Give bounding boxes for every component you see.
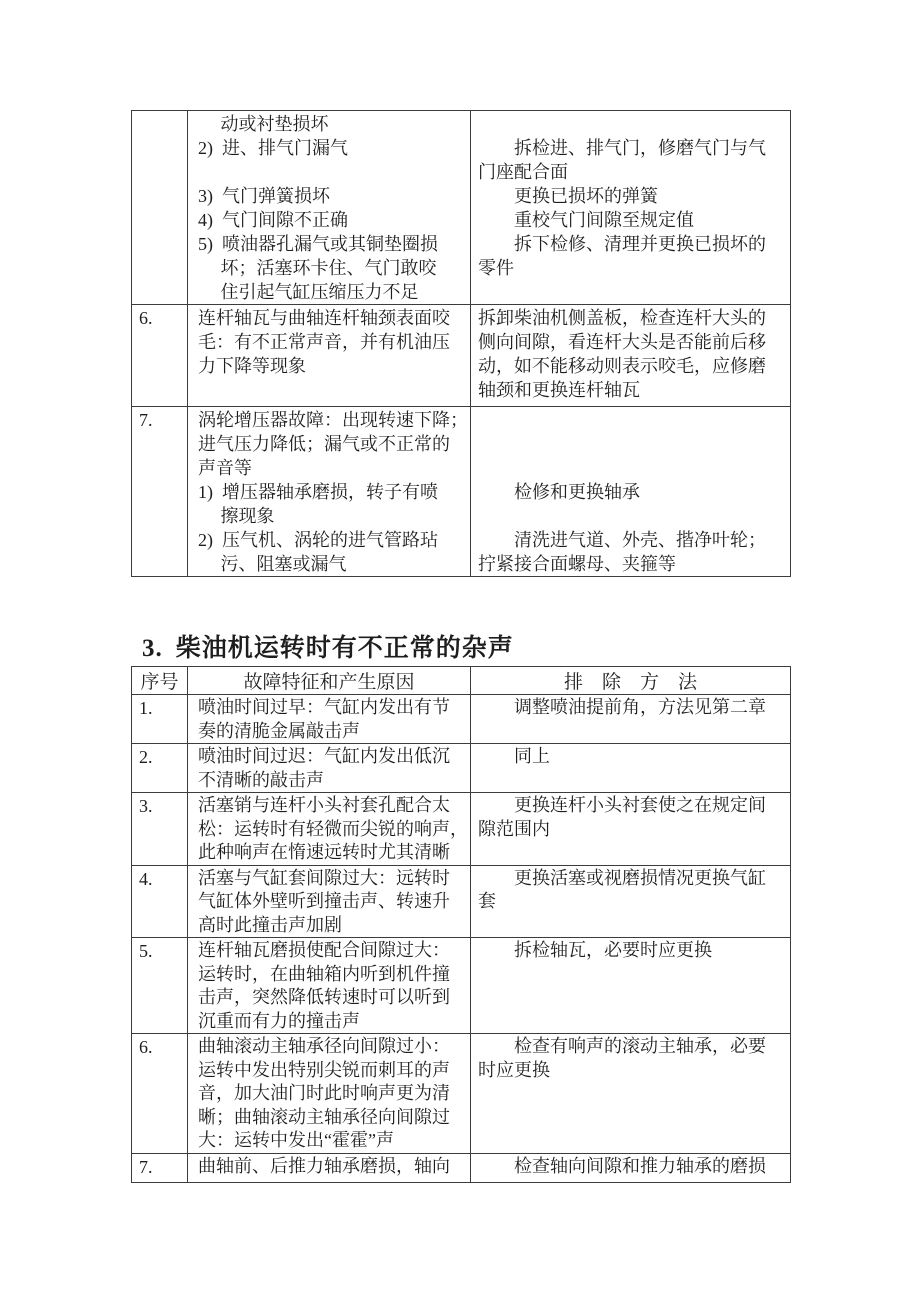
table-row: 6. 曲轴滚动主轴承径向间隙过小： 运转中发出特别尖锐而刺耳的声 音，加大油门时… bbox=[132, 1034, 791, 1154]
seq-cell: 7. bbox=[132, 1153, 188, 1182]
section-title: 柴油机运转时有不正常的杂声 bbox=[176, 635, 514, 662]
table-row: 7. 曲轴前、后推力轴承磨损，轴向 检查轴向间隙和推力轴承的磨损 bbox=[132, 1153, 791, 1182]
seq-cell: 1. bbox=[132, 695, 188, 744]
seq-cell bbox=[132, 111, 188, 305]
fault-desc-cell: 喷油时间过迟：气缸内发出低沉 不清晰的敲击声 bbox=[188, 744, 471, 793]
table-row: 动或衬垫损坏 2) 进、排气门漏气 3) 气门弹簧损坏 4) 气门间隙不正确 5… bbox=[132, 111, 791, 305]
fault-desc-cell: 曲轴滚动主轴承径向间隙过小： 运转中发出特别尖锐而刺耳的声 音，加大油门时此时响… bbox=[188, 1034, 471, 1154]
table-header-row: 序号 故障特征和产生原因 排 除 方 法 bbox=[132, 667, 791, 695]
fault-table-section3: 序号 故障特征和产生原因 排 除 方 法 1. 喷油时间过早：气缸内发出有节 奏… bbox=[131, 666, 791, 1183]
remedy-cell: 检查轴向间隙和推力轴承的磨损 bbox=[471, 1153, 791, 1182]
fault-desc-cell: 喷油时间过早：气缸内发出有节 奏的清脆金属敲击声 bbox=[188, 695, 471, 744]
table-row: 4. 活塞与气缸套间隙过大：远转时 气缸体外壁听到撞击声、转速升 高时此撞击声加… bbox=[132, 865, 791, 938]
fault-desc-cell: 活塞销与连杆小头衬套孔配合太 松：运转时有轻微而尖锐的响声， 此种响声在惰速远转… bbox=[188, 793, 471, 866]
seq-cell: 6. bbox=[132, 305, 188, 407]
fault-desc-cell: 动或衬垫损坏 2) 进、排气门漏气 3) 气门弹簧损坏 4) 气门间隙不正确 5… bbox=[188, 111, 471, 305]
seq-cell: 5. bbox=[132, 938, 188, 1034]
fault-desc-cell: 连杆轴瓦磨损使配合间隙过大： 运转时，在曲轴箱内听到机件撞 击声，突然降低转速时… bbox=[188, 938, 471, 1034]
fault-desc-cell: 活塞与气缸套间隙过大：远转时 气缸体外壁听到撞击声、转速升 高时此撞击声加剧 bbox=[188, 865, 471, 938]
remedy-cell: 拆卸柴油机侧盖板，检查连杆大头的 侧向间隙，看连杆大头是否能前后移 动，如不能移… bbox=[471, 305, 791, 407]
fault-desc-cell: 曲轴前、后推力轴承磨损，轴向 bbox=[188, 1153, 471, 1182]
remedy-header: 排 除 方 法 bbox=[471, 667, 791, 695]
seq-cell: 2. bbox=[132, 744, 188, 793]
remedy-cell: 更换连杆小头衬套使之在规定间 隙范围内 bbox=[471, 793, 791, 866]
remedy-cell: 同上 bbox=[471, 744, 791, 793]
fault-desc-header: 故障特征和产生原因 bbox=[188, 667, 471, 695]
table-row: 2. 喷油时间过迟：气缸内发出低沉 不清晰的敲击声 同上 bbox=[132, 744, 791, 793]
seq-cell: 3. bbox=[132, 793, 188, 866]
remedy-cell: 检查有响声的滚动主轴承，必要 时应更换 bbox=[471, 1034, 791, 1154]
table-row: 7. 涡轮增压器故障：出现转速下降； 进气压力降低；漏气或不正常的 声音等 1)… bbox=[132, 407, 791, 577]
document-page: 动或衬垫损坏 2) 进、排气门漏气 3) 气门弹簧损坏 4) 气门间隙不正确 5… bbox=[0, 0, 920, 1302]
fault-table-continuation: 动或衬垫损坏 2) 进、排气门漏气 3) 气门弹簧损坏 4) 气门间隙不正确 5… bbox=[131, 110, 791, 577]
section-number: 3. bbox=[142, 635, 163, 662]
seq-cell: 6. bbox=[132, 1034, 188, 1154]
remedy-cell: 拆检进、排气门，修磨气门与气 门座配合面 更换已损坏的弹簧 重校气门间隙至规定值… bbox=[471, 111, 791, 305]
remedy-cell: 拆检轴瓦，必要时应更换 bbox=[471, 938, 791, 1034]
seq-cell: 4. bbox=[132, 865, 188, 938]
remedy-cell: 调整喷油提前角，方法见第二章 bbox=[471, 695, 791, 744]
fault-desc-cell: 涡轮增压器故障：出现转速下降； 进气压力降低；漏气或不正常的 声音等 1) 增压… bbox=[188, 407, 471, 577]
table-row: 1. 喷油时间过早：气缸内发出有节 奏的清脆金属敲击声 调整喷油提前角，方法见第… bbox=[132, 695, 791, 744]
seq-header: 序号 bbox=[132, 667, 188, 695]
fault-desc-cell: 连杆轴瓦与曲轴连杆轴颈表面咬 毛：有不正常声音，并有机油压 力下降等现象 bbox=[188, 305, 471, 407]
remedy-cell: 更换活塞或视磨损情况更换气缸 套 bbox=[471, 865, 791, 938]
section-heading: 3.柴油机运转时有不正常的杂声 bbox=[142, 628, 514, 664]
table-row: 3. 活塞销与连杆小头衬套孔配合太 松：运转时有轻微而尖锐的响声， 此种响声在惰… bbox=[132, 793, 791, 866]
table-row: 6. 连杆轴瓦与曲轴连杆轴颈表面咬 毛：有不正常声音，并有机油压 力下降等现象 … bbox=[132, 305, 791, 407]
table-row: 5. 连杆轴瓦磨损使配合间隙过大： 运转时，在曲轴箱内听到机件撞 击声，突然降低… bbox=[132, 938, 791, 1034]
remedy-cell: 检修和更换轴承 清洗进气道、外壳、揩净叶轮； 拧紧接合面螺母、夹箍等 bbox=[471, 407, 791, 577]
seq-cell: 7. bbox=[132, 407, 188, 577]
